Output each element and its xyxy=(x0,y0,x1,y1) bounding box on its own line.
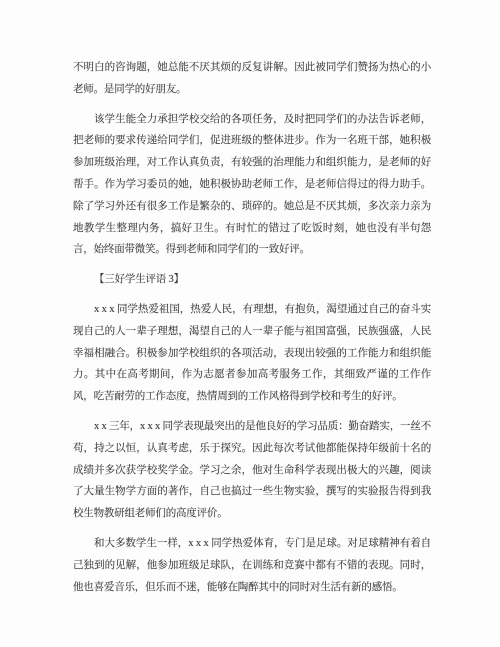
paragraph: 不明白的咨询题，她总能不厌其烦的反复讲解。因此被同学们赞扬为热心的小老师。是同学… xyxy=(73,57,431,101)
paragraph: x x x 同学热爱祖国，热爱人民，有理想，有抱负，渴望通过自己的奋斗实现自己的… xyxy=(73,299,431,408)
document-page: 不明白的咨询题，她总能不厌其烦的反复讲解。因此被同学们赞扬为热心的小老师。是同学… xyxy=(0,0,500,647)
paragraph: 和大多数学生一样，x x x 同学热爱体育，专门是足球。对足球精神有着自己独到的… xyxy=(73,533,431,598)
paragraph: x x 三年，x x x 同学表现最突出的是他良好的学习品质：勤奋踏实，一丝不苟… xyxy=(73,416,431,525)
paragraph-list: 不明白的咨询题，她总能不厌其烦的反复讲解。因此被同学们赞扬为热心的小老师。是同学… xyxy=(73,57,431,598)
section-heading: 【三好学生评语 3】 xyxy=(73,269,431,291)
paragraph: 该学生能全力承担学校交给的各项任务，及时把同学们的办法告诉老师，把老师的要求传递… xyxy=(73,109,431,262)
